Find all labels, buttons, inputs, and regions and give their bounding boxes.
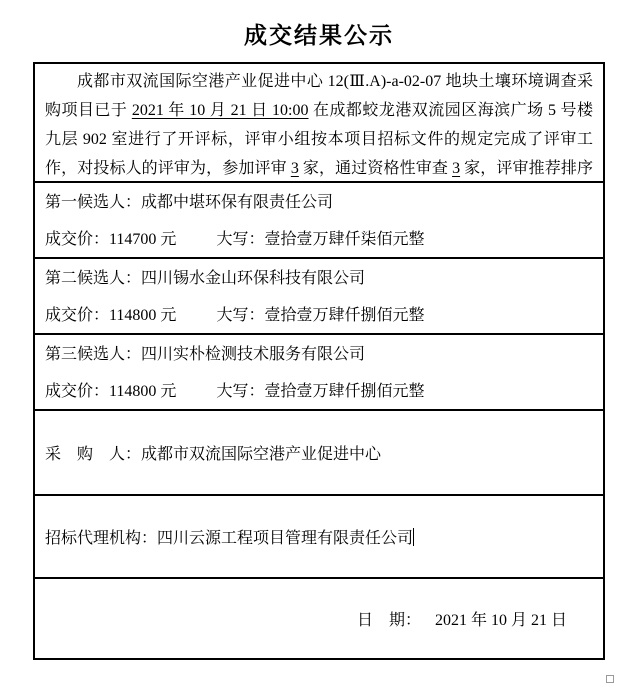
- purchaser-label: 采 购 人：: [45, 441, 141, 464]
- candidate-1-caps-label: 大写：: [216, 231, 264, 248]
- candidate-3-rank-label: 第三候选人：: [45, 346, 141, 363]
- candidate-2-caps-label: 大写：: [216, 307, 264, 324]
- result-table: 成都市双流国际空港产业促进中心 12(Ⅲ.A)-a-02-07 地块土壤环境调查…: [33, 62, 605, 660]
- agency-row[interactable]: 招标代理机构：四川云源工程项目管理有限责任公司: [35, 496, 603, 579]
- date-row[interactable]: 日 期：2021 年 10 月 21 日: [35, 579, 603, 658]
- candidate-3-price-label: 成交价：: [45, 383, 109, 400]
- candidate-row-2[interactable]: 第二候选人：四川锡水金山环保科技有限公司 成交价：114800 元大写：壹拾壹万…: [35, 259, 603, 335]
- candidate-2-rank-label: 第二候选人：: [45, 270, 141, 287]
- candidate-3-caps-label: 大写：: [216, 383, 264, 400]
- purchaser-value: 成都市双流国际空港产业促进中心: [141, 441, 381, 464]
- date-value: 2021 年 10 月 21 日: [435, 607, 567, 630]
- candidate-1-price-line: 成交价：114700 元大写：壹拾壹万肆仟柒佰元整: [45, 213, 593, 250]
- page-title: 成交结果公示: [0, 21, 638, 51]
- candidate-3-caps: 壹拾壹万肆仟捌佰元整: [264, 383, 424, 400]
- candidate-row-1[interactable]: 第一候选人：成都中堪环保有限责任公司 成交价：114700 元大写：壹拾壹万肆仟…: [35, 183, 603, 259]
- candidate-3-price-line: 成交价：114800 元大写：壹拾壹万肆仟捌佰元整: [45, 365, 593, 402]
- candidate-2-caps: 壹拾壹万肆仟捌佰元整: [264, 307, 424, 324]
- paragraph-end-mark: [606, 675, 614, 683]
- candidate-2-price: 114800 元: [109, 307, 176, 324]
- candidate-3-price: 114800 元: [109, 383, 176, 400]
- candidate-2-name-line: 第二候选人：四川锡水金山环保科技有限公司: [45, 259, 593, 289]
- candidate-2-price-line: 成交价：114800 元大写：壹拾壹万肆仟捌佰元整: [45, 289, 593, 326]
- candidate-3-name-line: 第三候选人：四川实朴检测技术服务有限公司: [45, 335, 593, 365]
- text-cursor: [413, 528, 414, 546]
- intro-underlined-datetime: 2021 年 10 月 21 日 10:00: [132, 102, 309, 119]
- candidate-1-name-line: 第一候选人：成都中堪环保有限责任公司: [45, 183, 593, 213]
- agency-label: 招标代理机构：: [45, 525, 157, 548]
- intro-row[interactable]: 成都市双流国际空港产业促进中心 12(Ⅲ.A)-a-02-07 地块土壤环境调查…: [35, 64, 603, 183]
- candidate-2-name: 四川锡水金山环保科技有限公司: [141, 270, 365, 287]
- candidate-1-caps: 壹拾壹万肆仟柒佰元整: [264, 231, 424, 248]
- purchaser-row[interactable]: 采 购 人：成都市双流国际空港产业促进中心: [35, 411, 603, 496]
- intro-text-3: 家，通过资格性审查: [299, 160, 452, 177]
- date-label: 日 期：: [357, 607, 421, 630]
- candidate-1-name: 成都中堪环保有限责任公司: [141, 194, 333, 211]
- intro-underlined-count-1: 3: [291, 160, 299, 177]
- candidate-row-3[interactable]: 第三候选人：四川实朴检测技术服务有限公司 成交价：114800 元大写：壹拾壹万…: [35, 335, 603, 411]
- candidate-1-price-label: 成交价：: [45, 231, 109, 248]
- candidate-1-price: 114700 元: [109, 231, 176, 248]
- intro-underlined-count-2: 3: [452, 160, 460, 177]
- candidate-1-rank-label: 第一候选人：: [45, 194, 141, 211]
- intro-paragraph: 成都市双流国际空港产业促进中心 12(Ⅲ.A)-a-02-07 地块土壤环境调查…: [45, 64, 593, 183]
- candidate-3-name: 四川实朴检测技术服务有限公司: [141, 346, 365, 363]
- candidate-2-price-label: 成交价：: [45, 307, 109, 324]
- agency-value: 四川云源工程项目管理有限责任公司: [157, 525, 413, 548]
